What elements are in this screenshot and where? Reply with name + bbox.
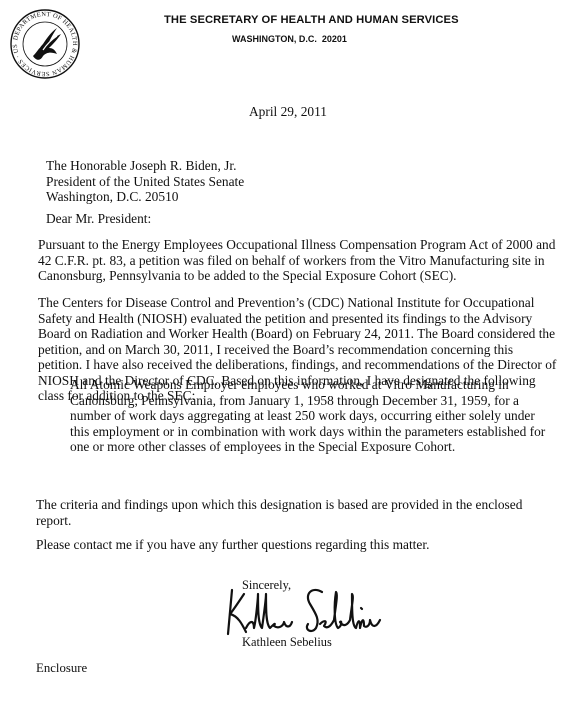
text-line: petition, and on March 30, 2011, I recei… [38, 342, 556, 358]
recipient-line: President of the United States Senate [46, 174, 244, 190]
text-line: The criteria and findings upon which thi… [36, 497, 522, 513]
text-line: All Atomic Weapons Employer employees wh… [70, 377, 545, 393]
salutation: Dear Mr. President: [46, 211, 151, 227]
hhs-seal-icon: DEPARTMENT OF HEALTH & HUMAN SERVICES · … [9, 8, 81, 80]
recipient-line: Washington, D.C. 20510 [46, 189, 244, 205]
text-line: Board on Radiation and Worker Health (Bo… [38, 326, 556, 342]
letterhead-address: WASHINGTON, D.C. 20201 [232, 34, 347, 44]
letter-date: April 29, 2011 [249, 104, 327, 120]
text-line: this employment or in combination with w… [70, 424, 545, 440]
text-line: petition. I have also received the delib… [38, 357, 556, 373]
letterhead-title: THE SECRETARY OF HEALTH AND HUMAN SERVIC… [164, 14, 564, 26]
text-line: The Centers for Disease Control and Prev… [38, 295, 556, 311]
signer-name: Kathleen Sebelius [242, 635, 332, 651]
signature-icon [224, 584, 386, 640]
text-line: one or more other classes of employees i… [70, 439, 545, 455]
recipient-line: The Honorable Joseph R. Biden, Jr. [46, 158, 244, 174]
recipient-address: The Honorable Joseph R. Biden, Jr. Presi… [46, 158, 244, 205]
paragraph-contact: Please contact me if you have any furthe… [36, 537, 429, 553]
paragraph-criteria: The criteria and findings upon which thi… [36, 497, 522, 528]
paragraph-petition: Pursuant to the Energy Employees Occupat… [38, 237, 555, 284]
class-designation-quote: All Atomic Weapons Employer employees wh… [70, 377, 545, 455]
text-line: Please contact me if you have any furthe… [36, 537, 429, 553]
text-line: report. [36, 513, 522, 529]
text-line: number of work days aggregating at least… [70, 408, 545, 424]
enclosure-note: Enclosure [36, 661, 87, 677]
text-line: Safety and Health (NIOSH) evaluated the … [38, 311, 556, 327]
text-line: 42 C.F.R. pt. 83, a petition was filed o… [38, 253, 555, 269]
text-line: Pursuant to the Energy Employees Occupat… [38, 237, 555, 253]
text-line: Canonsburg, Pennsylvania, from January 1… [70, 393, 545, 409]
text-line: Canonsburg, Pennsylvania to be added to … [38, 268, 555, 284]
